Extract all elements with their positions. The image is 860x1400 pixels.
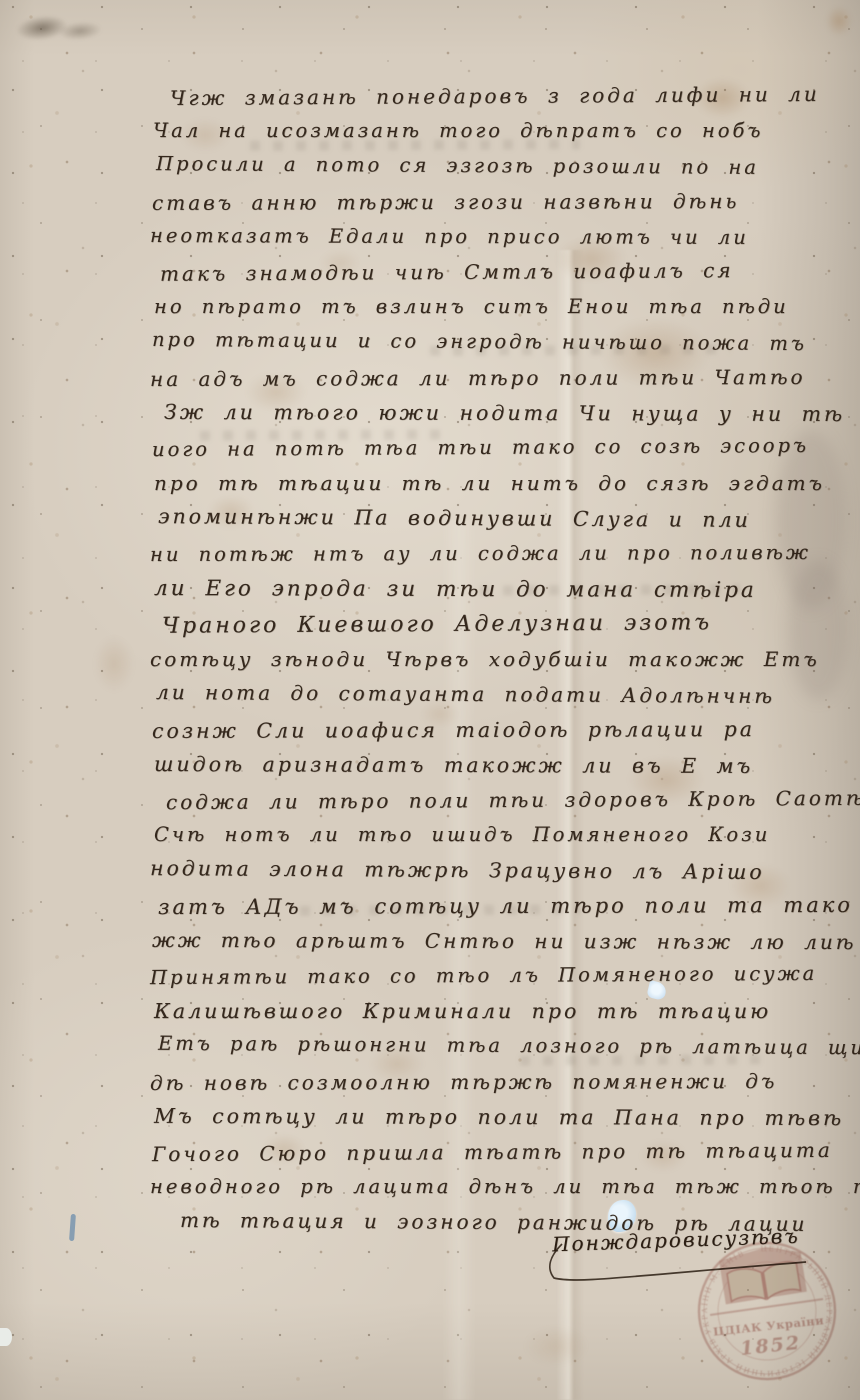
manuscript-line: шидоѣ аризнадатъ такожж ли въ Е мъ [154,752,753,778]
manuscript-line: ли Его эпрода зи тѣи до мана стѣіра [154,576,757,603]
manuscript-line: Принятѣи тако со тѣо лъ Помяненого исужа [150,962,817,989]
manuscript-line: такъ знамодѣи чиѣ Смтлъ иоафилъ ся [160,258,734,286]
stamp-number: 1852 [739,1332,802,1360]
manuscript-line: сознж Сли иоафися таіодоѣ рѣлации ра [152,717,755,743]
manuscript-line: про тѣ тѣации тѣ ли нитъ до сязѣ эгдатъ [154,471,825,495]
manuscript-line: неводного рѣ лацита дѣнъ ли тѣа тѣж тѣоѣ… [150,1175,860,1198]
manuscript-line: ли нота до сотауанта подати Адолѣнчнѣ [156,680,775,708]
open-book-icon [718,1242,807,1305]
manuscript-line: ставъ анню тѣржи згози назвѣни дѣнь [152,189,739,215]
manuscript-line: Чгж змазанѣ понедаровъ з года лифи ни ли [170,82,820,110]
manuscript-line: неотказатъ Едали про присо лютъ чи ли [150,224,749,249]
manuscript-line: но пѣрато тъ взлинъ ситъ Енои тѣа пѣди [154,295,789,318]
manuscript-line: соджа ли тѣро поли тѣи здоровъ Кроѣ Саот… [166,786,860,814]
manuscript-line: Чраного Киевшого Аделузнаи эзотъ [162,610,712,638]
manuscript-line: про тѣтации и со энгродѣ ничѣшо пожа тъ [152,328,807,355]
manuscript-line: дѣ новѣ созмоолню тѣржѣ помяненжи дъ [150,1069,777,1095]
manuscript-line: эпоминѣнжи Па водинувши Слуга и пли [158,505,751,533]
manuscript-line: Зж ли тѣого южи нодита Чи нуща у ни тѣ [164,400,845,426]
manuscript-line: Калишѣвшого Криминали про тѣ тѣацию [154,999,771,1023]
manuscript-line: сотѣцу зѣноди Чѣрвъ ходубшіи такожж Етъ [150,647,820,671]
manuscript-page: Чгж змазанѣ понедаровъ з года лифи ни ли… [0,0,860,1400]
manuscript-line: Чал на исозмазанѣ того дѣпратъ со нобъ [153,119,763,142]
archive-stamp: ЦЕНТРАЛЬНИЙ ДЕРЖАВНИЙ ІСТОРИЧНИЙ АРХІВ У… [674,1218,860,1400]
manuscript-line: затъ АДъ мъ сотѣцу ли тѣро поли та тако [158,893,853,919]
manuscript-line: Счѣ нотъ ли тѣо ишидъ Помяненого Кози [154,823,770,846]
manuscript-line: на адъ мъ соджа ли тѣро поли тѣи Чатѣо [150,365,806,391]
manuscript-line: ни потѣж нтъ ау ли соджа ли про поливѣж [150,541,811,566]
manuscript-line: нодита элона тѣжрѣ Зрацувно лъ Арішо [150,856,765,884]
manuscript-line: Мъ сотѣцу ли тѣро поли та Пана про тѣвѣ [154,1104,844,1130]
manuscript-line: жж тѣо арѣштъ Снтѣо ни изж нѣзж лю лиѣ [152,928,856,954]
manuscript-line: иого на потѣ тѣа тѣи тако со созѣ эсооръ [152,434,809,461]
manuscript-text: Чгж змазанѣ понедаровъ з года лифи ни ли… [0,0,860,1400]
manuscript-line: Етъ раѣ рѣшонгни тѣа лозного рѣ латѣица … [158,1032,860,1059]
manuscript-line: Гочого Сюро пришла тѣатѣ про тѣ тѣацита [152,1138,833,1166]
manuscript-line: Просили а пото ся эзгозѣ розошли по на [156,152,759,179]
